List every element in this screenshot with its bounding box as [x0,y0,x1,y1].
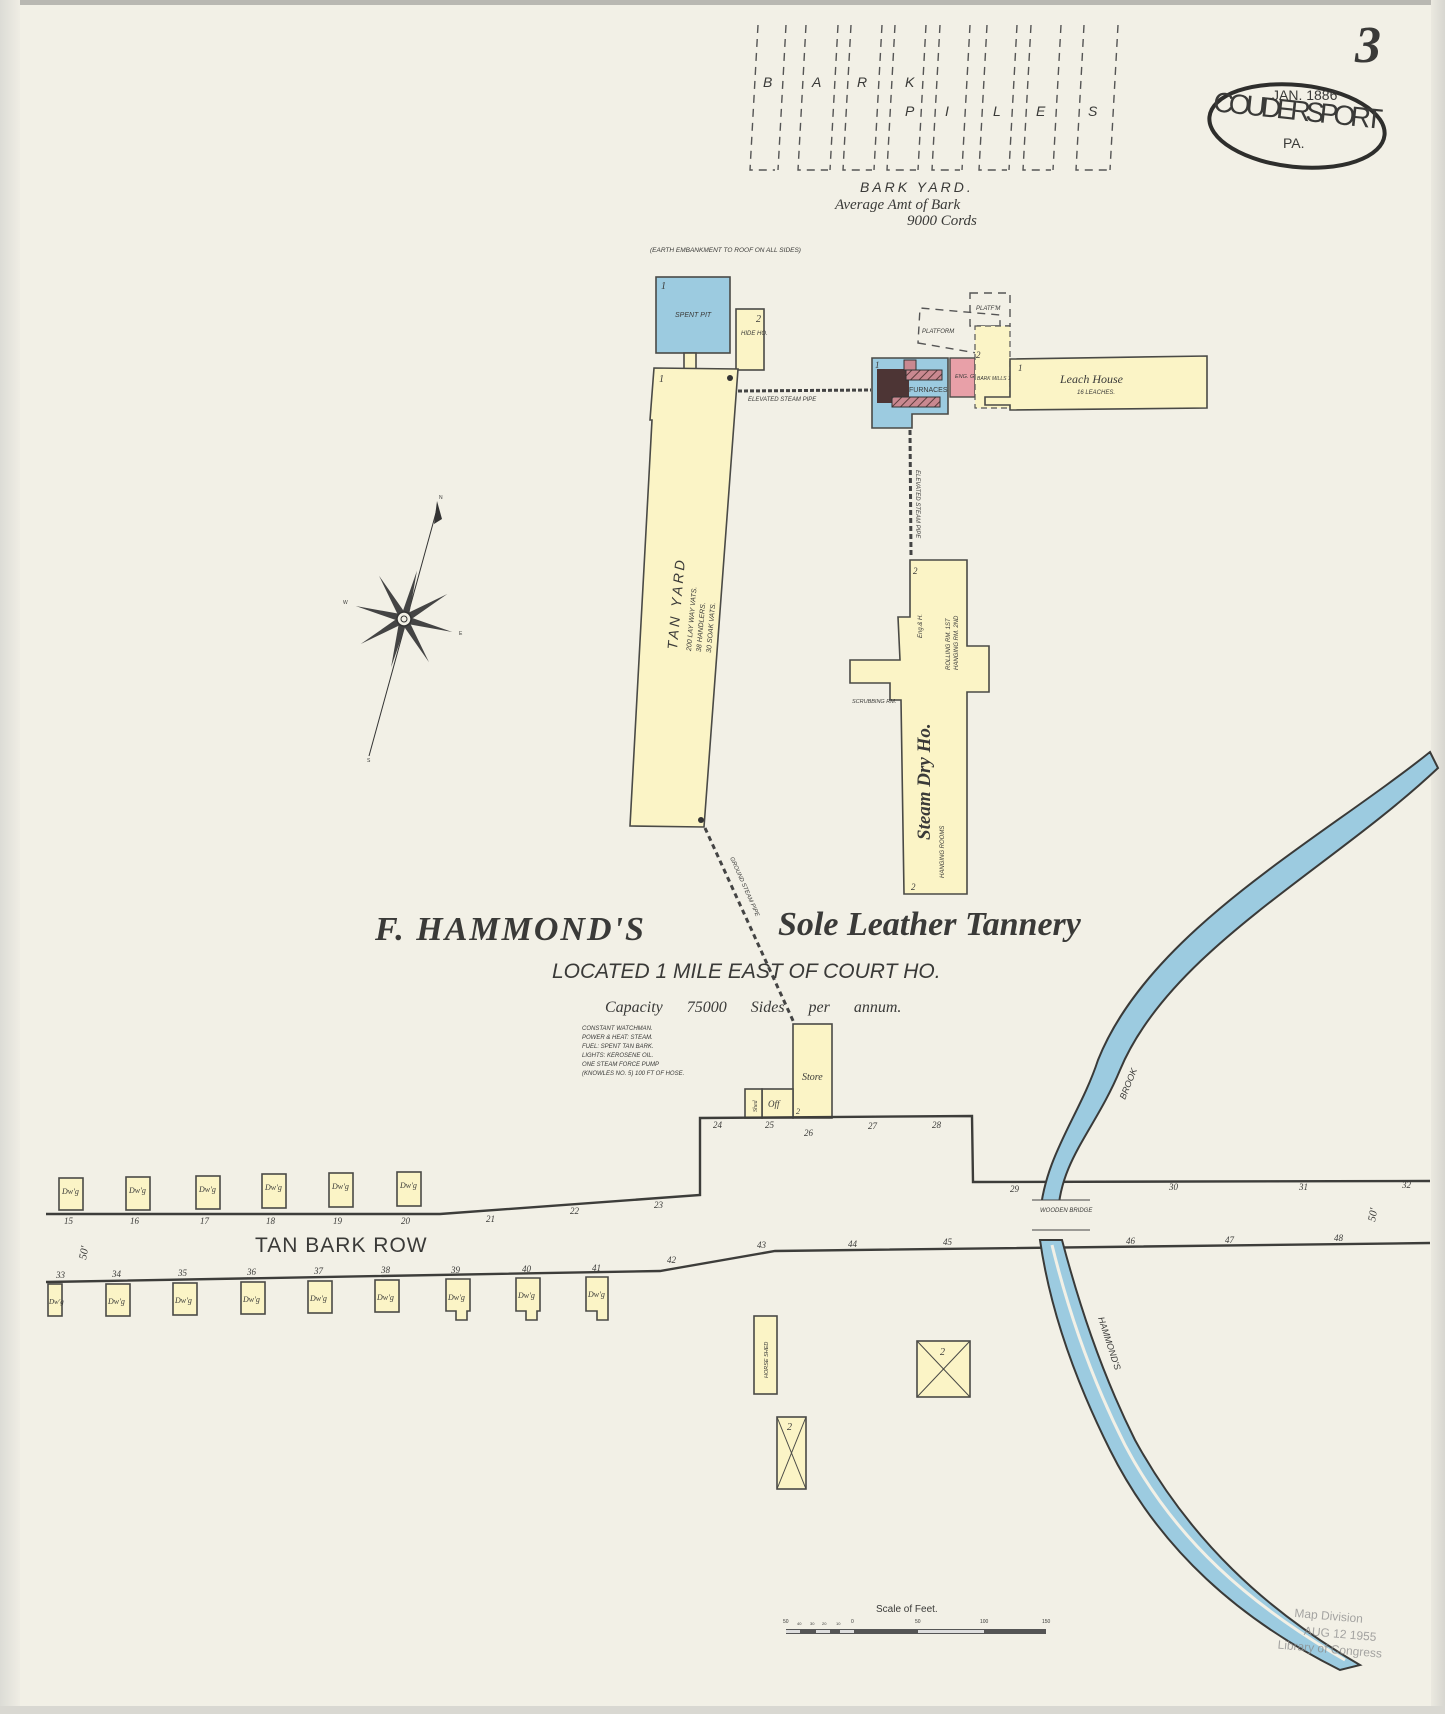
dry-house-line: HANGING RM. 2ND [954,615,960,670]
shed-label: Shed [753,1099,759,1112]
scale-tick: 150 [1042,1619,1051,1625]
compass-e: E [459,631,463,637]
dry-house-line: HANGING ROOMS [940,826,946,878]
compass-n: N [439,495,443,501]
lot-number: 37 [313,1266,324,1276]
steam-pipe [738,390,871,391]
platform-label: PLATF'M [976,306,1000,312]
dwelling-label: Dw'g [242,1295,260,1304]
pit-connector [684,353,696,369]
dwelling-label: Dw'g [174,1296,192,1305]
lot-number: 25 [765,1120,775,1130]
bridge-label: WOODEN BRIDGE [1040,1208,1093,1214]
lot-number: 36 [246,1267,257,1277]
stories-marker: 2 [756,314,761,325]
north-lot-numbers: 15 16 17 18 19 20 21 22 23 24 25 26 27 2… [64,1120,1412,1226]
bark-yard-title: BARK YARD. [860,179,974,195]
lot-number: 46 [1126,1236,1136,1246]
tannery-title: Sole Leather Tannery [778,906,1082,943]
scale-tick: 50 [783,1619,789,1625]
compass-w: W [343,600,348,606]
lot-number: 31 [1298,1182,1308,1192]
dwelling-label: Dw'g [517,1291,535,1300]
scale-tick: 20 [822,1621,827,1626]
lot-number: 48 [1334,1233,1344,1243]
page-number: 3 [1354,17,1381,74]
pile-letter: L [993,103,1001,119]
pile-letter: S [1088,103,1098,119]
lot-number: 26 [804,1128,814,1138]
fire-note: (KNOWLES NO. 5) 100 FT OF HOSE. [582,1071,684,1077]
street-width: 50' [1366,1207,1380,1223]
bark-piles: B A R K P I L E S [750,25,1118,170]
bark-yard-amount: 9000 Cords [907,213,977,229]
bark-mill-building [975,326,1010,408]
pile-letter: B [763,74,772,90]
steam-dry-house-title: Steam Dry Ho. [914,723,935,840]
lot-number: 16 [130,1216,140,1226]
lot-number: 45 [943,1237,953,1247]
lot-number: 33 [55,1270,66,1280]
compass-s: S [367,758,371,764]
south-lot-numbers: 33 34 35 36 37 38 39 40 41 42 43 44 45 4… [55,1233,1344,1280]
dwelling-label: Dw'g [48,1298,64,1306]
leach-house-sub: 16 LEACHES. [1077,390,1115,396]
scale-tick: 30 [810,1621,815,1626]
spent-pit-note: (EARTH EMBANKMENT TO ROOF ON ALL SIDES) [650,247,801,254]
compass-rose-icon: N S E W [343,495,463,764]
lot-number: 24 [713,1120,723,1130]
lot-number: 29 [1010,1184,1020,1194]
dwelling-label: Dw'g [107,1297,125,1306]
dry-house-line: ROLLING RM. 1ST [946,617,952,670]
dwelling-label: Dw'g [264,1183,282,1192]
pile-letter: R [857,74,867,90]
lot-number: 23 [654,1200,664,1210]
lot-number: 38 [380,1265,391,1275]
lot-number: 27 [868,1121,878,1131]
lot-number: 47 [1225,1235,1235,1245]
dwelling-label: Dw'g [128,1186,146,1195]
dry-house-line: Eng.& H. [918,614,924,638]
lot-number: 43 [757,1240,767,1250]
pile-letter: K [905,74,915,90]
office-label: Off [768,1099,781,1109]
stories-marker: 2 [913,566,918,576]
town-stamp: JAN. 1886 COUDERSPORT PA. [1205,76,1389,176]
pile-letter: I [945,103,949,119]
stories-marker: 2 [976,350,981,360]
scale-bar: Scale of Feet. 50 40 30 20 10 0 50 100 1… [783,1604,1051,1634]
fire-note: LIGHTS: KEROSENE OIL. [582,1053,653,1059]
dwelling-label: Dw'g [587,1290,605,1299]
scale-tick: 50 [915,1619,921,1625]
lot-number: 28 [932,1120,942,1130]
dwelling-label: Dw'g [376,1293,394,1302]
lot-number: 44 [848,1239,858,1249]
lot-number: 34 [111,1269,122,1279]
lot-number: 41 [592,1263,601,1273]
lot-number: 18 [266,1216,276,1226]
brook-label: BROOK [1118,1066,1140,1101]
map-canvas: 3 JAN. 1886 COUDERSPORT PA. B A R K P I … [0,0,1445,1714]
furnaces-label: FURNACES [909,387,948,394]
steam-pipe-label: ELEVATED STEAM PIPE [914,470,920,539]
steam-pipe [910,430,911,555]
location-line: LOCATED 1 MILE EAST OF COURT HO. [552,960,941,983]
pile-letter: E [1036,103,1046,119]
barn-2: 2 [777,1417,806,1489]
spent-pit-label: SPENT PIT [675,312,712,319]
creek-water [1040,1240,1360,1670]
capacity-line: Capacity 75000 Sides per annum. [605,999,901,1016]
dwelling-label: Dw'g [447,1293,465,1302]
lot-number: 39 [450,1265,461,1275]
stories-marker: 2 [911,882,916,892]
fire-note: FUEL: SPENT TAN BARK. [582,1044,654,1050]
scale-tick: 10 [836,1621,841,1626]
lot-number: 19 [333,1216,343,1226]
scale-tick: 0 [851,1619,854,1625]
scrubbing-room-label: SCRUBBING RM. [852,699,896,705]
dwelling-label: Dw'g [198,1185,216,1194]
fire-note: CONSTANT WATCHMAN. [582,1026,653,1032]
lot-number: 42 [667,1255,677,1265]
hydrant-icon [727,375,733,381]
fire-notes: CONSTANT WATCHMAN. POWER & HEAT: STEAM. … [582,1026,684,1077]
wooden-bridge [1036,1200,1086,1232]
lot-number: 40 [522,1264,532,1274]
lot-number: 22 [570,1206,580,1216]
stories-marker: 2 [796,1107,800,1116]
boiler-house: FURNACES 1 ENG. GOM. [872,358,985,428]
lot-number: 35 [177,1268,188,1278]
steam-pipe-label: ELEVATED STEAM PIPE [748,397,817,403]
lot-number: 30 [1168,1182,1179,1192]
map-sheet: 3 JAN. 1886 COUDERSPORT PA. B A R K P I … [0,0,1445,1714]
scale-tick: 40 [797,1621,802,1626]
scale-title: Scale of Feet. [876,1604,938,1615]
horse-shed-label: HORSE SHED [764,1342,770,1378]
hydrant-icon [698,817,704,823]
dwelling-label: Dw'g [331,1182,349,1191]
lot-number: 20 [401,1216,411,1226]
creek-highlight [1052,1245,1345,1660]
stories-marker: 1 [661,281,666,292]
leach-house-label: Leach House [1059,372,1124,386]
lot-number: 21 [486,1214,495,1224]
stories-marker: 1 [659,374,664,385]
street-north-line [46,1116,1430,1214]
store-label: Store [802,1072,823,1083]
platform-label: PLATFORM [922,329,954,335]
pile-letter: P [905,103,915,119]
scale-tick: 100 [980,1619,989,1625]
street-name: TAN BARK ROW [255,1234,428,1257]
dwelling-label: Dw'g [399,1181,417,1190]
stories-marker: 2 [787,1422,792,1433]
stamp-state: PA. [1283,135,1305,151]
chimney-icon [904,360,916,370]
north-dwellings: Dw'g Dw'g Dw'g Dw'g Dw'g Dw'g [59,1172,421,1210]
fire-note: ONE STEAM FORCE PUMP [582,1062,659,1068]
owner-title: F. HAMMOND'S [374,911,646,948]
barn-1: 2 [917,1341,970,1397]
stories-marker: 1 [875,360,880,370]
hide-house-label: HIDE HO. [741,331,768,337]
pile-letter: A [811,74,821,90]
dwelling-label: Dw'g [61,1187,79,1196]
store-building [793,1024,832,1118]
street-width: 50' [77,1245,91,1261]
lot-number: 32 [1401,1180,1412,1190]
lot-number: 17 [200,1216,210,1226]
bark-yard-subtitle: Average Amt of Bark [834,197,960,213]
south-dwellings: Dw'g Dw'g Dw'g Dw'g Dw'g Dw'g Dw'g Dw'g … [48,1277,608,1320]
stories-marker: 1 [1018,363,1023,373]
lot-number: 15 [64,1216,74,1226]
stories-marker: 2 [940,1347,945,1358]
dwelling-label: Dw'g [309,1294,327,1303]
brook-water [1040,752,1438,1215]
fire-note: POWER & HEAT: STEAM. [582,1035,653,1041]
